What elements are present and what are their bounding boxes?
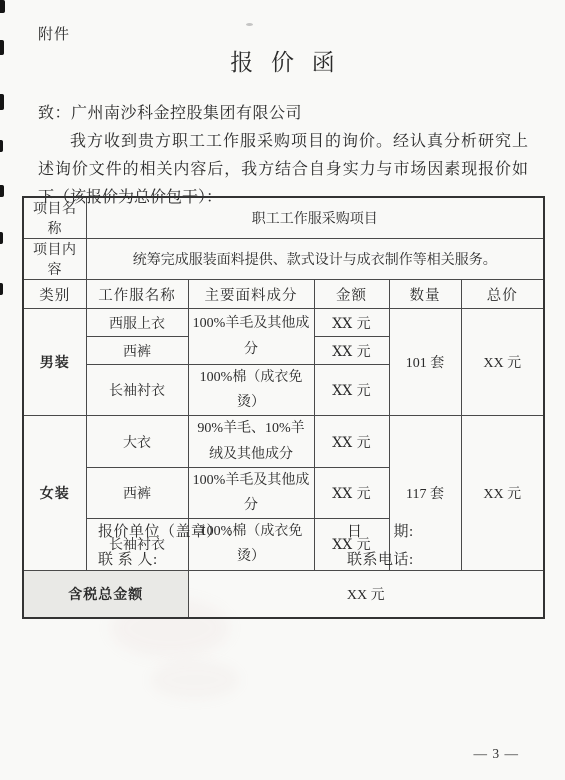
project-content-label: 项目内容 bbox=[23, 239, 86, 280]
tax-total-value: XX 元 bbox=[188, 570, 544, 618]
scan-smudge bbox=[150, 660, 240, 700]
table-row-women-coat: 女装 大衣 90%羊毛、10%羊绒及其他成分 XX 元 117 套 XX 元 bbox=[23, 416, 544, 467]
scan-artifact bbox=[0, 140, 3, 152]
amount-cell: XX 元 bbox=[314, 416, 389, 467]
table-header-row: 类别 工作服名称 主要面料成分 金额 数量 总价 bbox=[23, 280, 544, 309]
page-number: — 3 — bbox=[474, 746, 520, 762]
header-cell-quantity: 数量 bbox=[389, 280, 461, 309]
quantity-cell-men: 101 套 bbox=[389, 309, 461, 416]
garment-name-cell: 西裤 bbox=[86, 467, 188, 518]
amount-cell: XX 元 bbox=[314, 309, 389, 337]
header-cell-category: 类别 bbox=[23, 280, 86, 309]
header-cell-garment-name: 工作服名称 bbox=[86, 280, 188, 309]
project-content-row: 项目内容 统筹完成服装面料提供、款式设计与成衣制作等相关服务。 bbox=[23, 239, 544, 280]
contact-person-label: 联 系 人: bbox=[98, 548, 158, 569]
amount-cell: XX 元 bbox=[314, 337, 389, 365]
date-label: 日 期: bbox=[347, 520, 414, 541]
quote-unit-label: 报价单位（盖章） ： bbox=[98, 520, 242, 541]
scan-artifact bbox=[0, 185, 4, 197]
project-name-value: 职工工作服采购项目 bbox=[86, 197, 544, 239]
scan-artifact bbox=[0, 232, 3, 244]
garment-name-cell: 西服上衣 bbox=[86, 309, 188, 337]
garment-name-cell: 大衣 bbox=[86, 416, 188, 467]
garment-name-cell: 西裤 bbox=[86, 337, 188, 365]
header-cell-amount: 金额 bbox=[314, 280, 389, 309]
fabric-cell: 100%羊毛及其他成分 bbox=[188, 309, 314, 365]
tax-total-label: 含税总金额 bbox=[23, 570, 188, 618]
project-name-row: 项目名称 职工工作服采购项目 bbox=[23, 197, 544, 239]
scan-smudge bbox=[246, 23, 253, 26]
table-row-tax-total: 含税总金额 XX 元 bbox=[23, 570, 544, 618]
quotation-document-page: 附件 报 价 函 致：广州南沙科金控股集团有限公司 我方收到贵方职工工作服采购项… bbox=[0, 0, 565, 780]
header-cell-fabric: 主要面料成分 bbox=[188, 280, 314, 309]
paragraph-line: 我方收到贵方职工工作服采购项目的询价。经认真分析研究上 bbox=[38, 128, 528, 156]
total-price-cell-women: XX 元 bbox=[461, 416, 544, 570]
fabric-cell: 100%棉（成衣免烫） bbox=[188, 365, 314, 416]
quantity-cell-women: 117 套 bbox=[389, 416, 461, 570]
table-row-men-suit-jacket: 男装 西服上衣 100%羊毛及其他成分 XX 元 101 套 XX 元 bbox=[23, 309, 544, 337]
project-name-label: 项目名称 bbox=[23, 197, 86, 239]
amount-cell: XX 元 bbox=[314, 365, 389, 416]
scan-artifact bbox=[0, 283, 3, 295]
recipient-line: 致：广州南沙科金控股集团有限公司 bbox=[38, 100, 302, 123]
scan-artifact bbox=[0, 0, 5, 13]
category-cell-women: 女装 bbox=[23, 416, 86, 570]
header-cell-total: 总价 bbox=[461, 280, 544, 309]
attachment-label: 附件 bbox=[38, 23, 70, 44]
document-title: 报 价 函 bbox=[0, 44, 565, 77]
scan-artifact bbox=[0, 94, 4, 110]
fabric-cell: 90%羊毛、10%羊绒及其他成分 bbox=[188, 416, 314, 467]
category-cell-men: 男装 bbox=[23, 309, 86, 416]
total-price-cell-men: XX 元 bbox=[461, 309, 544, 416]
garment-name-cell: 长袖衬衣 bbox=[86, 365, 188, 416]
contact-phone-label: 联系电话: bbox=[347, 548, 414, 569]
fabric-cell: 100%羊毛及其他成分 bbox=[188, 467, 314, 518]
amount-cell: XX 元 bbox=[314, 467, 389, 518]
project-content-value: 统筹完成服装面料提供、款式设计与成衣制作等相关服务。 bbox=[86, 239, 544, 280]
paragraph-line: 述询价文件的相关内容后，我方结合自身实力与市场因素现报价如 bbox=[38, 156, 528, 184]
